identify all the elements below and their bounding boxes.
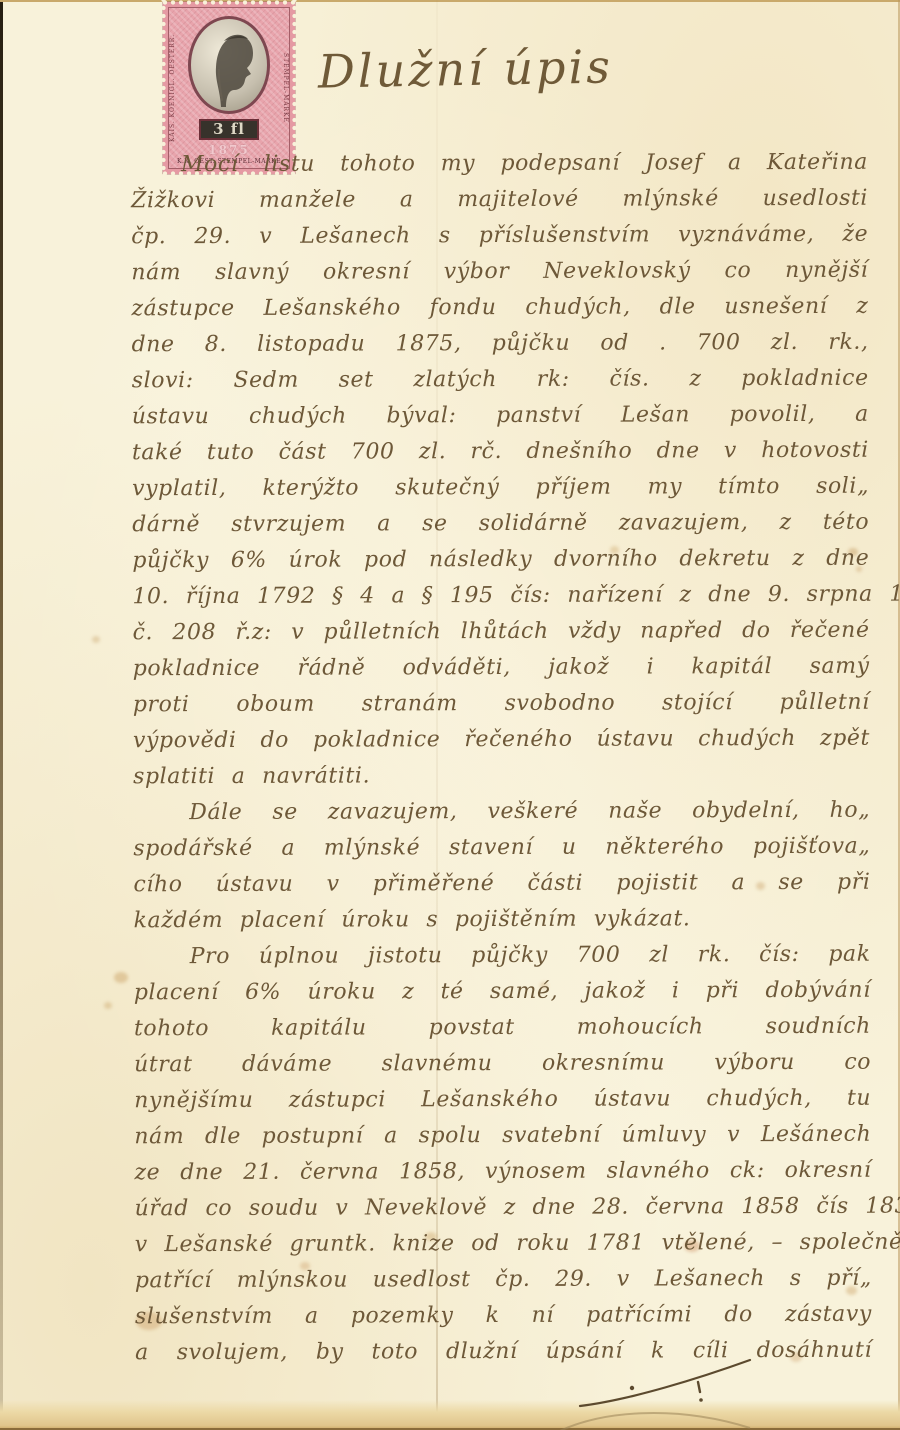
handwriting-line: proti oboum stranám svobodno stojící půl… — [133, 685, 870, 724]
stamp-right-inscription: STEMPEL-MARKE — [282, 22, 289, 154]
handwriting-line: také tuto část 700 zl. rč. dnešního dne … — [132, 433, 869, 472]
stain — [92, 636, 100, 643]
handwriting-line: vyplatil, kterýžto skutečný příjem my tí… — [132, 469, 869, 508]
handwriting-line: spodářské a mlýnské stavení u některého … — [133, 829, 870, 868]
handwriting-line: čp. 29. v Lešanech s příslušenstvím vyzn… — [131, 217, 868, 256]
stamp-denomination: 3 fl — [213, 120, 245, 138]
handwriting-line: 10. října 1792 § 4 a § 195 čís: nařízení… — [132, 577, 869, 616]
handwriting-line: nám slavný okresní výbor Neveklovský co … — [131, 253, 868, 292]
handwriting-line: slovi: Sedm set zlatých rk: čís. z pokla… — [132, 361, 869, 400]
handwriting-line: pokladnice řádně odváděti, jakož i kapit… — [133, 649, 870, 688]
handwriting-line: Mocí listu tohoto my podepsaní Josef a K… — [131, 145, 868, 184]
handwriting-line: č. 208 ř.z: v půlletních lhůtách vždy na… — [132, 613, 869, 652]
handwriting-line: slušenstvím a pozemky k ní patřícími do … — [135, 1297, 872, 1336]
handwriting-line: patřící mlýnskou usedlost čp. 29. v Leša… — [135, 1261, 872, 1300]
handwriting-line: Žižkovi manžele a majitelové mlýnské use… — [131, 181, 868, 220]
handwriting-line: Pro úplnou jistotu půjčky 700 zl rk. čís… — [134, 937, 871, 976]
paper-edge-top — [0, 0, 900, 2]
emperor-portrait-icon — [188, 16, 270, 114]
handwriting-line: každém placení úroku s pojištěním vykáza… — [134, 901, 871, 940]
handwriting-line: zástupce Lešanského fondu chudých, dle u… — [131, 289, 868, 328]
document-page: { "document": { "title": "Dlužní úpis", … — [0, 0, 900, 1430]
stain — [114, 972, 128, 983]
handwriting-line: nám dle postupní a spolu svatební úmluvy… — [134, 1117, 871, 1156]
handwriting-line: splatiti a navrátiti. — [133, 757, 870, 796]
handwriting-line: dne 8. listopadu 1875, půjčku od . 700 z… — [131, 325, 868, 364]
handwriting-line: ústavu chudých býval: panství Lešan povo… — [132, 397, 869, 436]
ink-flourish — [570, 1348, 790, 1418]
handwriting-line: útrat dáváme slavnému okresnímu výboru c… — [134, 1045, 871, 1084]
handwriting-line: dárně stvrzujem a se solidárně zavazujem… — [132, 505, 869, 544]
handwriting-block: Mocí listu tohoto my podepsaní Josef a K… — [131, 145, 872, 1372]
stain — [104, 1002, 112, 1009]
handwriting-line: ze dne 21. června 1858, výnosem slavného… — [134, 1153, 871, 1192]
handwriting-line: úřad co soudu v Neveklově z dne 28. červ… — [135, 1189, 872, 1228]
handwriting-line: placení 6% úroku z té samé, jakož i při … — [134, 973, 871, 1012]
page-title: Dlužní úpis — [318, 39, 614, 98]
stamp-value-banner: 3 fl — [199, 119, 259, 140]
handwriting-line: tohoto kapitálu povstat mohoucích soudní… — [134, 1009, 871, 1048]
paper-edge-left — [0, 0, 3, 1430]
stamp-left-inscription: KAIS. KOENIGL. OESTERR. — [169, 22, 176, 154]
handwriting-line: nynějšímu zástupci Lešanského ústavu chu… — [134, 1081, 871, 1120]
handwriting-line: v Lešanské gruntk. knize od roku 1781 vt… — [135, 1225, 872, 1264]
handwriting-line: cího ústavu v přiměřené části pojistit a… — [133, 865, 870, 904]
handwriting-line: Dále se zavazujem, veškeré naše obydelní… — [133, 793, 870, 832]
stamp-perforation — [161, 0, 297, 6]
stamp-frame: 3 fl 1875 K.K. OEST. STEMPEL-MARKE KAIS.… — [168, 7, 290, 169]
handwriting-line: půjčky 6% úrok pod následky dvorního dek… — [132, 541, 869, 580]
handwriting-line: výpovědi do pokladnice řečeného ústavu c… — [133, 721, 870, 760]
